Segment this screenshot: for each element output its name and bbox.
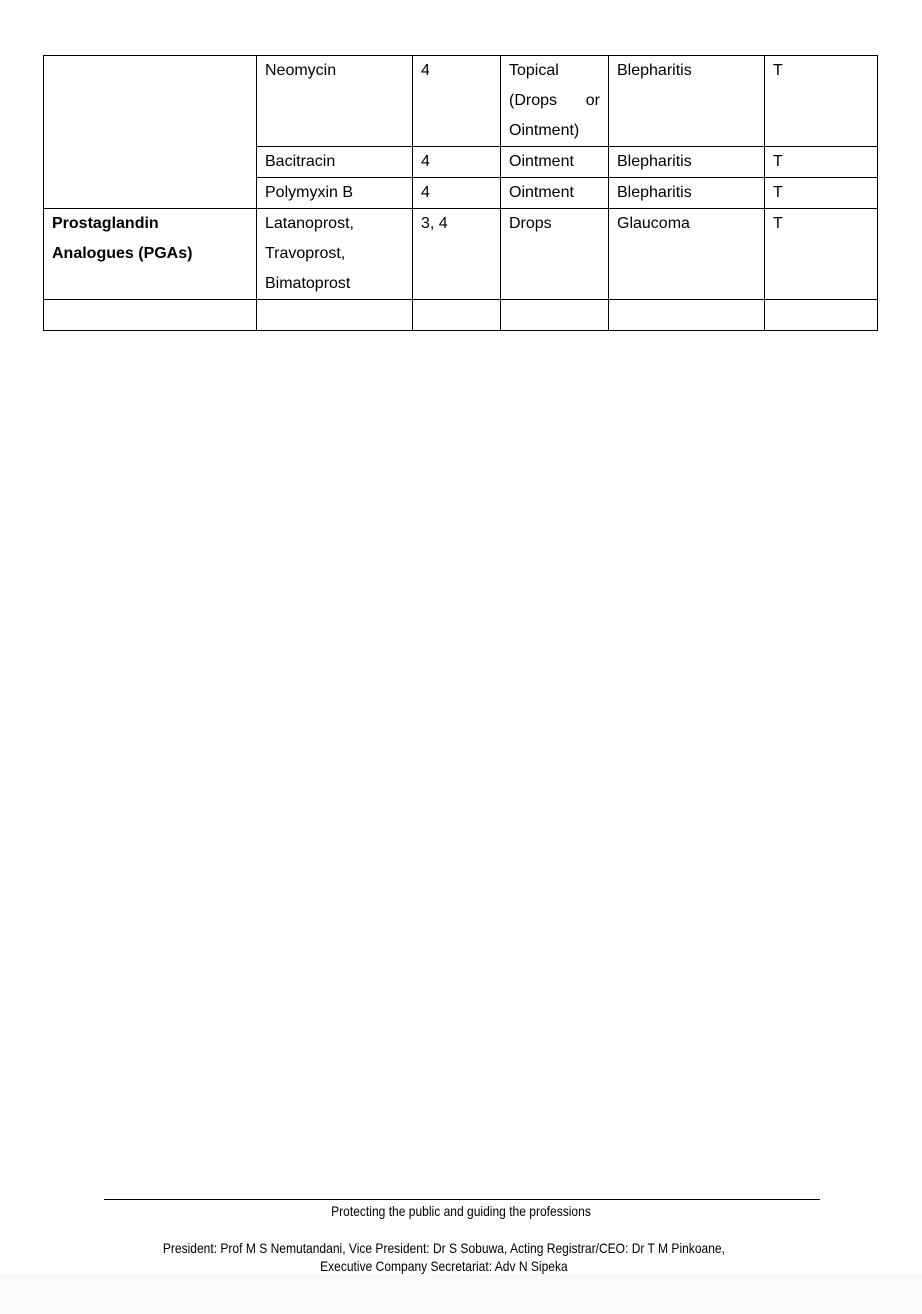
footer-motto: Protecting the public and guiding the pr… [65, 1203, 858, 1219]
indication-cell: Blepharitis [609, 147, 765, 178]
drug-name-line: Bimatoprost [265, 269, 404, 299]
schedule-cell: 4 [413, 147, 501, 178]
use-cell: T [765, 56, 878, 147]
indication-cell [609, 300, 765, 331]
drug-class-cell [44, 300, 257, 331]
table-row-empty [44, 300, 878, 331]
formulation-word: or [586, 86, 600, 116]
drug-name-cell: Neomycin [257, 56, 413, 147]
drug-class-cell [44, 56, 257, 209]
schedule-cell: 4 [413, 178, 501, 209]
indication-cell: Glaucoma [609, 209, 765, 300]
table-row: Prostaglandin Analogues (PGAs) Latanopro… [44, 209, 878, 300]
formulation-cell: Topical (Drops or Ointment) [501, 56, 609, 147]
page-bottom-margin [0, 1274, 922, 1314]
use-cell: T [765, 178, 878, 209]
drug-name-line: Latanoprost, [265, 209, 404, 239]
document-page: Neomycin 4 Topical (Drops or Ointment) B… [0, 0, 922, 1314]
use-cell [765, 300, 878, 331]
formulation-word: (Drops [509, 86, 557, 116]
drug-name-cell: Polymyxin B [257, 178, 413, 209]
footer-officers-line: President: Prof M S Nemutandani, Vice Pr… [47, 1240, 840, 1256]
indication-cell: Blepharitis [609, 178, 765, 209]
footer-divider [104, 1199, 820, 1200]
formulation-cell: Ointment [501, 147, 609, 178]
drug-name-line: Travoprost, [265, 239, 404, 269]
schedule-cell: 4 [413, 56, 501, 147]
formulation-line: Topical [509, 56, 600, 86]
schedule-cell [413, 300, 501, 331]
formulation-line: Ointment) [509, 116, 600, 146]
indication-cell: Blepharitis [609, 56, 765, 147]
schedule-cell: 3, 4 [413, 209, 501, 300]
drug-name-cell: Bacitracin [257, 147, 413, 178]
use-cell: T [765, 147, 878, 178]
formulation-cell: Ointment [501, 178, 609, 209]
drug-class-cell: Prostaglandin Analogues (PGAs) [44, 209, 257, 300]
use-cell: T [765, 209, 878, 300]
drug-name-cell [257, 300, 413, 331]
formulation-line: (Drops or [509, 86, 600, 116]
medication-table: Neomycin 4 Topical (Drops or Ointment) B… [43, 55, 878, 331]
formulation-cell: Drops [501, 209, 609, 300]
formulation-cell [501, 300, 609, 331]
table-row: Neomycin 4 Topical (Drops or Ointment) B… [44, 56, 878, 147]
drug-name-cell: Latanoprost, Travoprost, Bimatoprost [257, 209, 413, 300]
drug-class-line: Prostaglandin [52, 209, 248, 239]
drug-class-line: Analogues (PGAs) [52, 239, 248, 269]
footer-officers-line: Executive Company Secretariat: Adv N Sip… [47, 1258, 840, 1274]
